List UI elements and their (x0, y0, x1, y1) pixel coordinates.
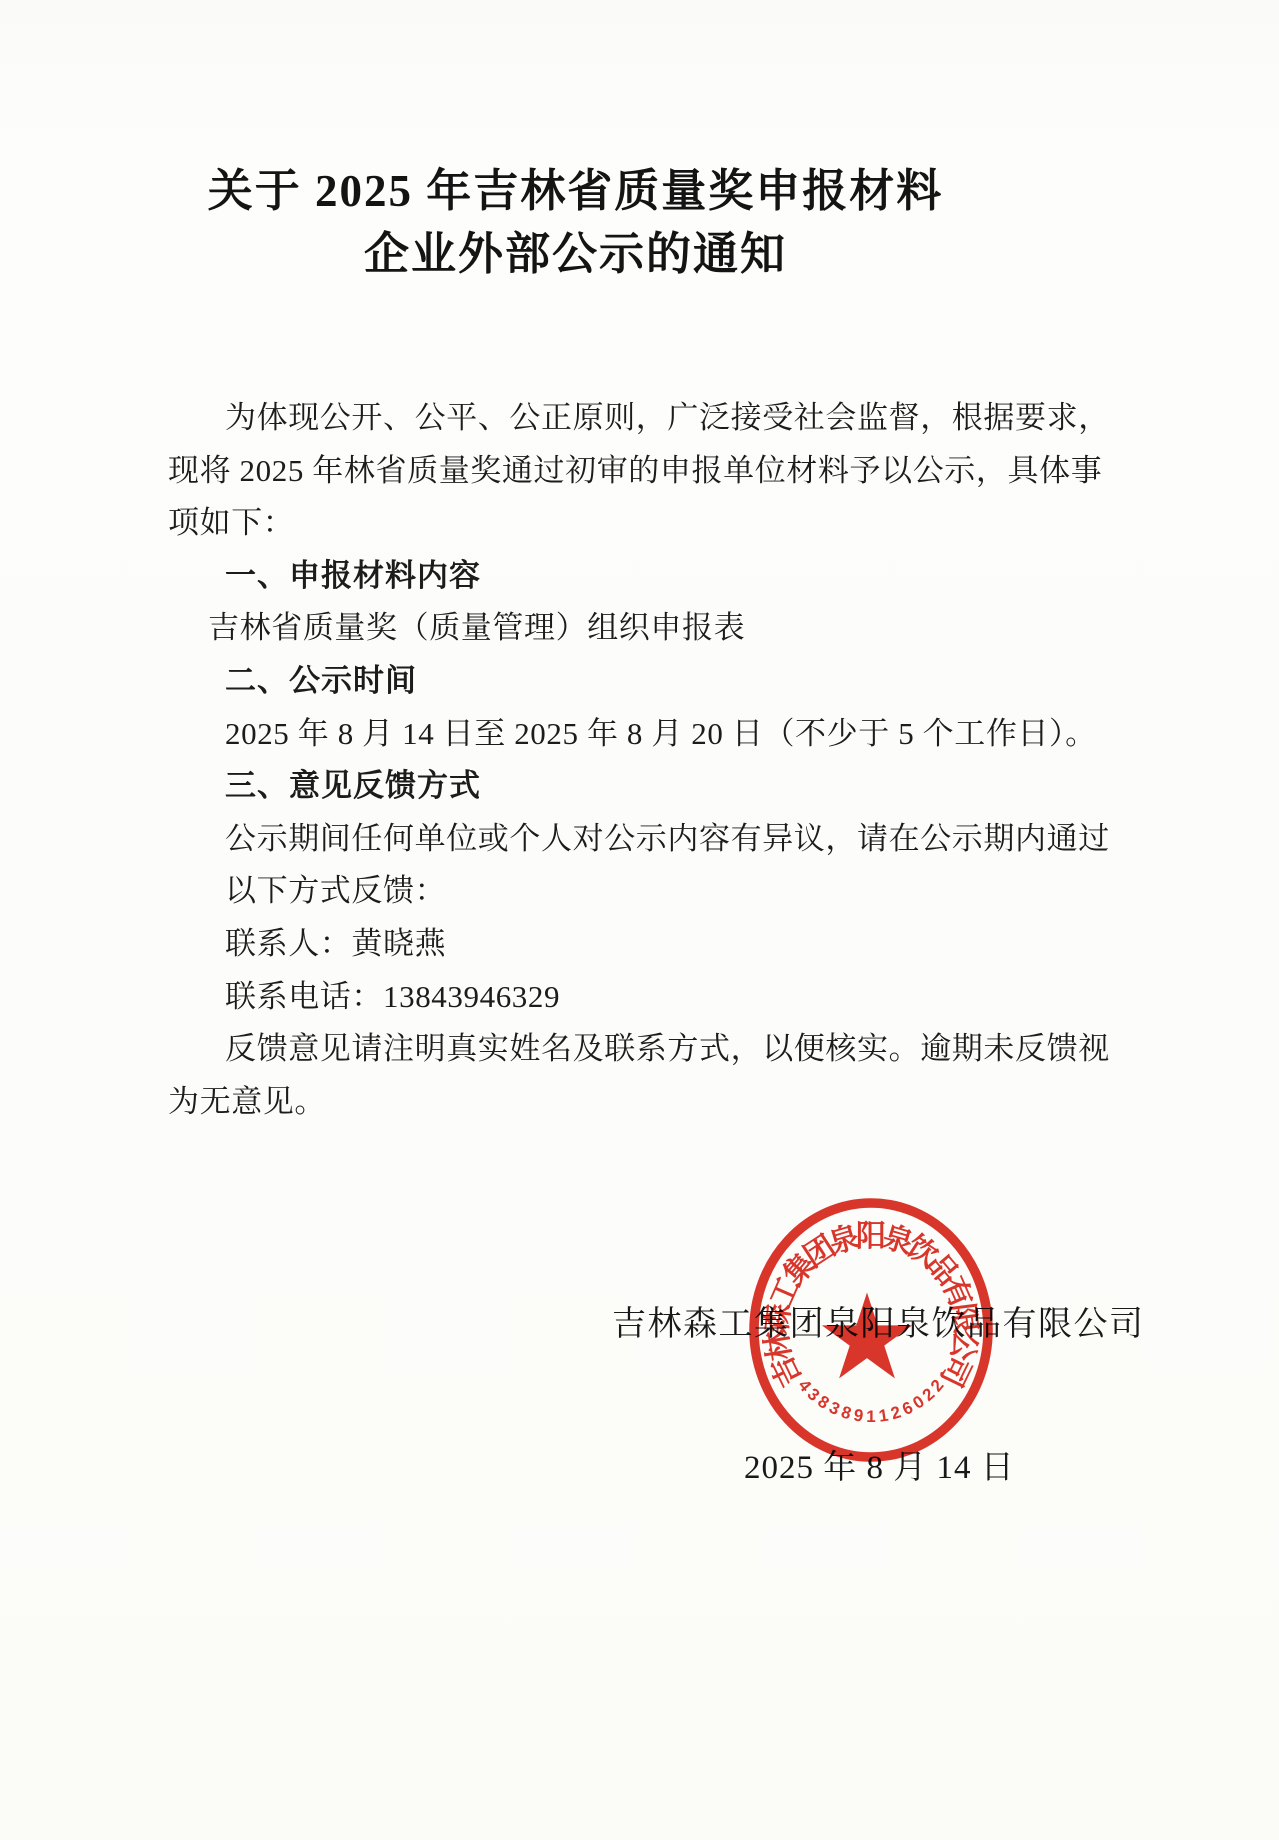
notice-document-page: 关于 2025 年吉林省质量奖申报材料 企业外部公示的通知 为体现公开、公平、公… (0, 0, 1279, 1840)
body-line: 吉林省质量奖（质量管理）组织申报表 (168, 602, 1124, 655)
svg-text:1: 1 (877, 1406, 889, 1426)
body-heading-2: 二、公示时间 (168, 655, 1124, 708)
body-line: 联系人：黄晓燕 (168, 918, 1124, 971)
svg-text:8: 8 (839, 1402, 854, 1423)
body-line: 公示期间任何单位或个人对公示内容有异议，请在公示期内通过 (168, 813, 1124, 866)
company-seal-stamp: 吉林森工集团泉阳泉饮品有限公司 2206211983834 (723, 1171, 1019, 1489)
body-line: 现将 2025 年林省质量奖通过初审的申报单位材料予以公示，具体事 (168, 445, 1124, 498)
body-line: 以下方式反馈： (168, 865, 1124, 918)
body-line: 联系电话：13843946329 (168, 971, 1124, 1024)
body-line: 项如下： (168, 497, 1124, 550)
seal-star-icon (822, 1293, 912, 1379)
seal-serial: 2206211983834 (794, 1376, 947, 1426)
body-heading-3: 三、意见反馈方式 (168, 760, 1124, 813)
body-line: 为无意见。 (168, 1076, 1124, 1129)
body-line: 反馈意见请注明真实姓名及联系方式，以便核实。逾期未反馈视 (168, 1023, 1124, 1076)
body-line: 2025 年 8 月 14 日至 2025 年 8 月 20 日（不少于 5 个… (168, 708, 1124, 761)
svg-text:1: 1 (866, 1407, 875, 1426)
document-body: 为体现公开、公平、公正原则，广泛接受社会监督，根据要求， 现将 2025 年林省… (168, 392, 1124, 1128)
svg-text:9: 9 (852, 1406, 864, 1426)
document-title: 关于 2025 年吉林省质量奖申报材料 企业外部公示的通知 (38, 160, 1113, 286)
title-line-1: 关于 2025 年吉林省质量奖申报材料 (38, 160, 1113, 223)
body-heading-1: 一、申报材料内容 (168, 550, 1124, 603)
title-line-2: 企业外部公示的通知 (38, 223, 1113, 286)
body-line: 为体现公开、公平、公正原则，广泛接受社会监督，根据要求， (168, 392, 1124, 445)
